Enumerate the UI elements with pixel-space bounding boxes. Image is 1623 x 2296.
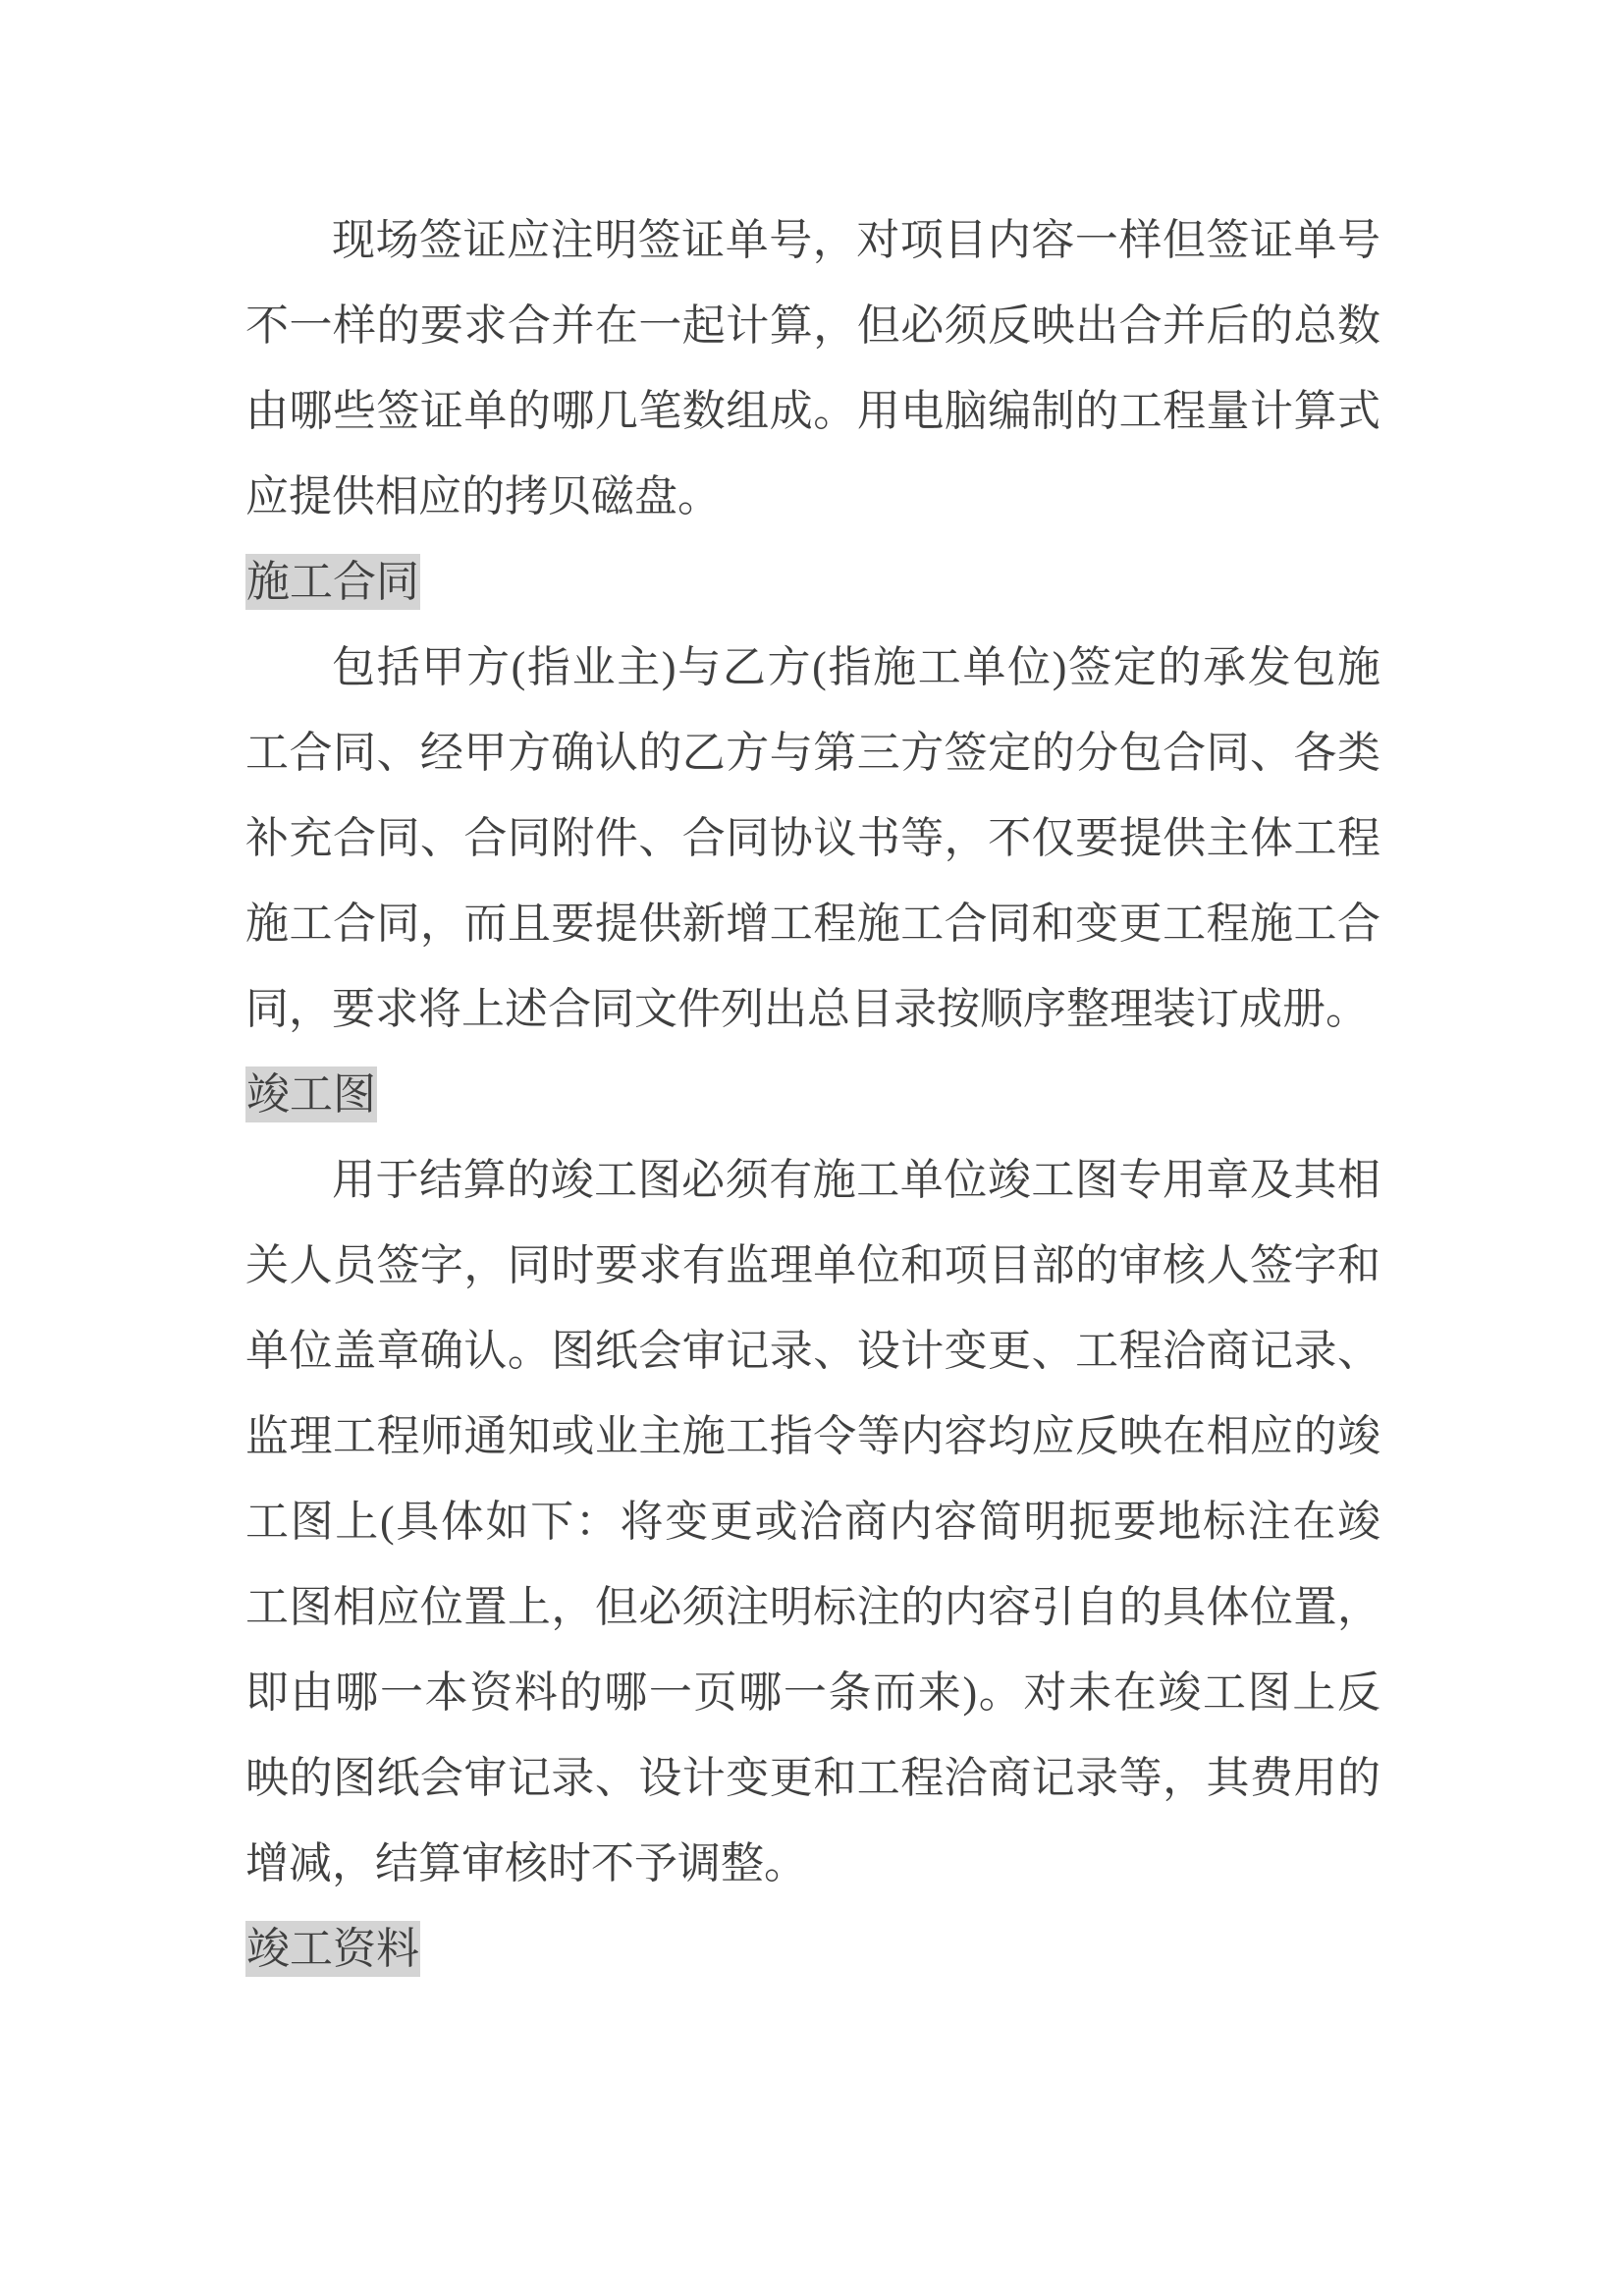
heading-highlight: 施工合同: [245, 554, 420, 610]
body-paragraph: 现场签证应注明签证单号，对项目内容一样但签证单号不一样的要求合并在一起计算，但必…: [245, 197, 1380, 539]
document-page: 现场签证应注明签证单号，对项目内容一样但签证单号不一样的要求合并在一起计算，但必…: [0, 0, 1623, 2296]
section-heading: 竣工资料: [245, 1906, 1380, 1992]
body-paragraph: 包括甲方(指业主)与乙方(指施工单位)签定的承发包施工合同、经甲方确认的乙方与第…: [245, 625, 1380, 1052]
section-heading: 竣工图: [245, 1052, 1380, 1137]
body-paragraph: 用于结算的竣工图必须有施工单位竣工图专用章及其相关人员签字，同时要求有监理单位和…: [245, 1137, 1380, 1906]
section-heading: 施工合同: [245, 539, 1380, 625]
heading-highlight: 竣工资料: [245, 1921, 420, 1977]
document-content: 现场签证应注明签证单号，对项目内容一样但签证单号不一样的要求合并在一起计算，但必…: [245, 197, 1380, 1992]
heading-highlight: 竣工图: [245, 1066, 377, 1122]
